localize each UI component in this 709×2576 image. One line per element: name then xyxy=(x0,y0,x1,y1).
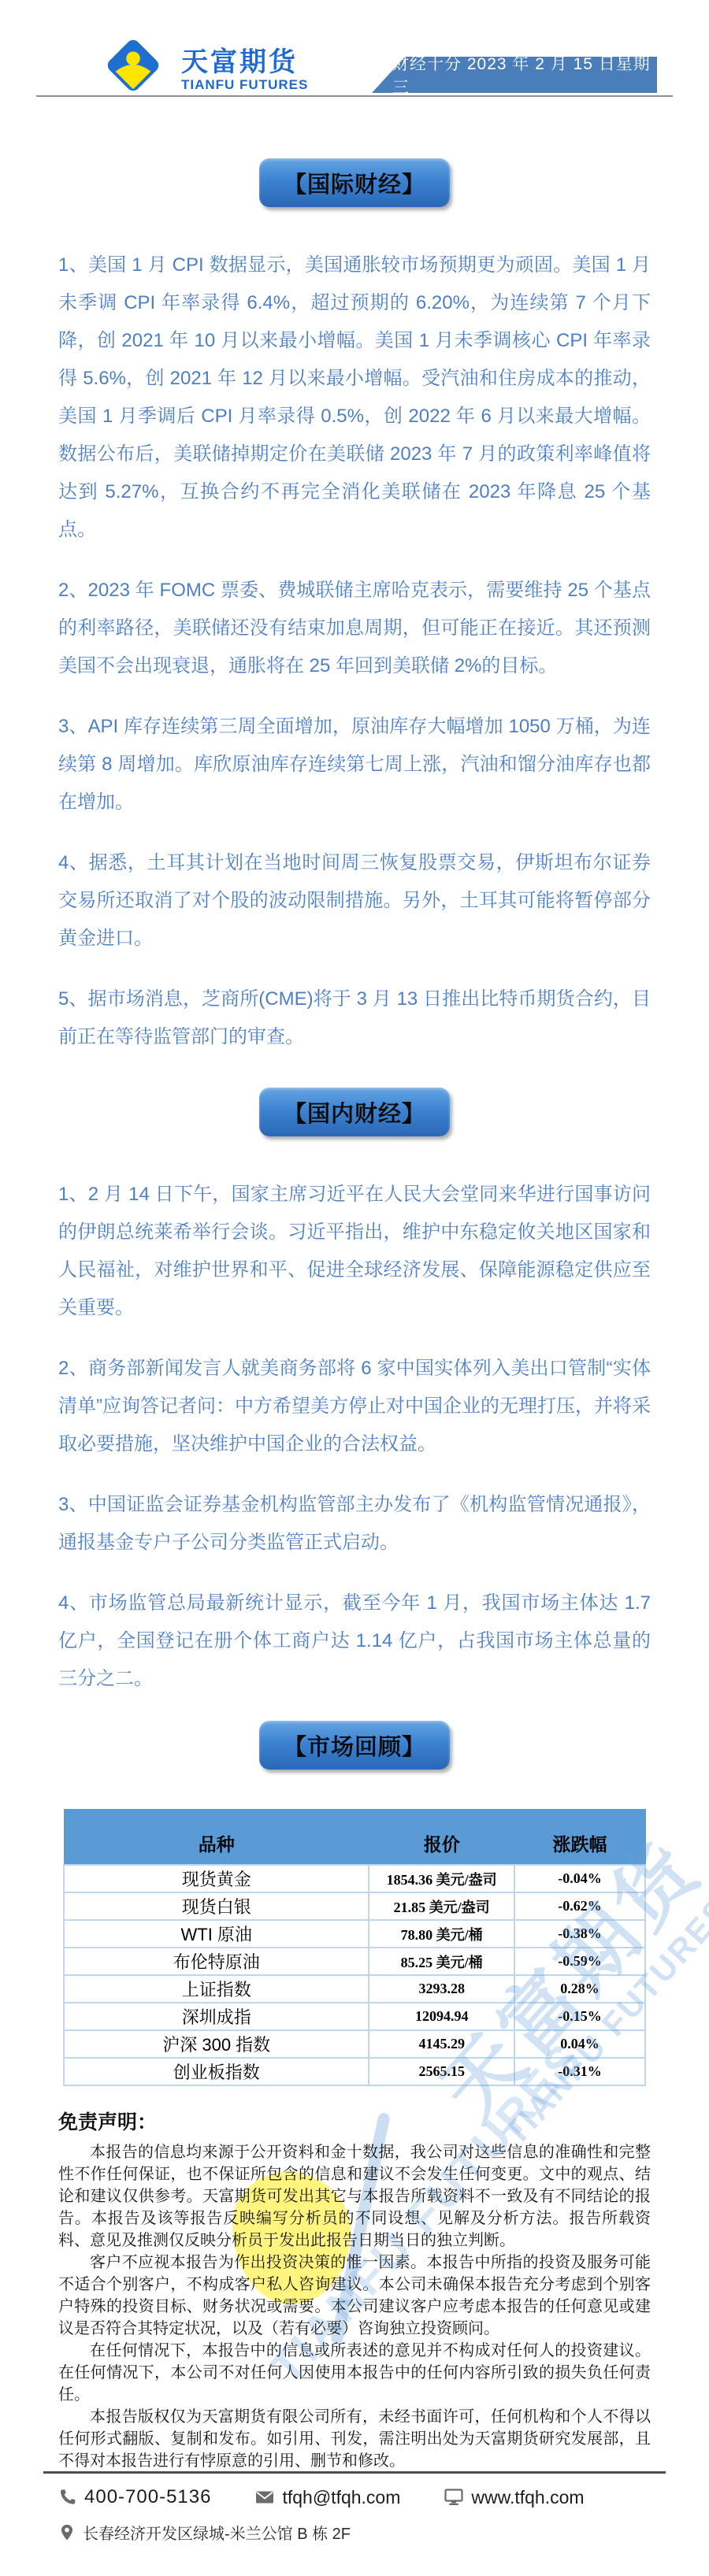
disclaimer-paragraphs: 本报告的信息均来源于公开资料和金十数据，我公司对这些信息的准确性和完整性不作任何… xyxy=(58,2141,651,2472)
phone-item: 400-700-5136 xyxy=(59,2486,211,2508)
market-table-row: 创业板指数 2565.15 -0.31% xyxy=(64,2058,645,2085)
market-table-header-cell: 涨跌幅 xyxy=(514,1810,645,1866)
disclaimer-paragraph: 本报告的信息均来源于公开资料和金十数据，我公司对这些信息的准确性和完整性不作任何… xyxy=(58,2141,651,2252)
cell-change: 0.28% xyxy=(514,1975,645,2003)
logo-name-en: TIANFU FUTURES xyxy=(181,77,308,93)
section-header-domestic: 【国内财经】 xyxy=(259,1088,450,1136)
cell-quote: 12094.94 xyxy=(369,2003,514,2030)
market-table-body: 现货黄金 1854.36 美元/盎司 -0.04% 现货白银 21.85 美元/… xyxy=(64,1865,645,2085)
market-table: 品种报价涨跌幅 现货黄金 1854.36 美元/盎司 -0.04% 现货白银 2… xyxy=(63,1809,646,2086)
email-address: tfqh@tfqh.com xyxy=(282,2487,400,2508)
monitor-icon xyxy=(444,2489,463,2506)
news-paragraph: 1、2 月 14 日下午，国家主席习近平在人民大会堂同来华进行国事访问的伊朗总统… xyxy=(58,1176,651,1327)
market-table-row: 上证指数 3293.28 0.28% xyxy=(64,1975,645,2003)
location-pin-icon xyxy=(59,2523,75,2542)
header: 天富期货 TIANFU FUTURES 财经十分 2023 年 2 月 15 日… xyxy=(0,0,709,95)
cell-variety: 深圳成指 xyxy=(64,2003,369,2030)
cell-variety: 沪深 300 指数 xyxy=(64,2030,369,2058)
phone-icon xyxy=(59,2489,76,2506)
website-item: www.tfqh.com xyxy=(444,2487,584,2508)
market-table-row: WTI 原油 78.80 美元/桶 -0.38% xyxy=(64,1920,645,1948)
disclaimer-paragraph: 客户不应视本报告为作出投资决策的惟一因素。本报告中所指的投资及服务可能不适合个别… xyxy=(58,2252,651,2340)
market-table-header-cell: 报价 xyxy=(369,1810,514,1866)
news-paragraph: 4、据悉，土耳其计划在当地时间周三恢复股票交易，伊斯坦布尔证券交易所还取消了对个… xyxy=(58,844,651,958)
news-paragraph: 1、美国 1 月 CPI 数据显示，美国通胀较市场预期更为顽固。美国 1 月未季… xyxy=(58,246,651,549)
news-paragraph: 2、商务部新闻发言人就美商务部将 6 家中国实体列入美出口管制“实体清单”应询答… xyxy=(58,1350,651,1463)
news-paragraph: 3、API 库存连续第三周全面增加，原油库存大幅增加 1050 万桶，为连续第 … xyxy=(58,708,651,821)
disclaimer: 免责声明： 本报告的信息均来源于公开资料和金十数据，我公司对这些信息的准确性和完… xyxy=(58,2107,651,2472)
cell-variety: 创业板指数 xyxy=(64,2058,369,2085)
cell-quote: 21.85 美元/盎司 xyxy=(369,1892,514,1920)
footer-contact-row: 400-700-5136 tfqh@tfqh.com xyxy=(59,2486,709,2508)
phone-number: 400-700-5136 xyxy=(84,2486,211,2508)
footer-divider xyxy=(43,2471,666,2474)
news-paragraph: 5、据市场消息，芝商所(CME)将于 3 月 13 日推出比特币期货合约，目前正… xyxy=(58,980,651,1056)
news-paragraph: 3、中国证监会证券基金机构监管部主办发布了《机构监管情况通报》，通报基金专户子公… xyxy=(58,1486,651,1562)
cell-quote: 4145.29 xyxy=(369,2030,514,2058)
market-table-row: 现货白银 21.85 美元/盎司 -0.62% xyxy=(64,1892,645,1920)
cell-variety: 现货黄金 xyxy=(64,1865,369,1892)
logo-text: 天富期货 TIANFU FUTURES xyxy=(181,35,308,93)
market-table-header-row: 品种报价涨跌幅 xyxy=(64,1810,645,1866)
news-paragraph: 4、市场监管总局最新统计显示，截至今年 1 月，我国市场主体达 1.7 亿户，全… xyxy=(58,1585,651,1698)
disclaimer-paragraph: 在任何情况下，本报告中的信息或所表述的意见并不构成对任何人的投资建议。在任何情况… xyxy=(58,2340,651,2406)
market-table-header-cell: 品种 xyxy=(64,1810,369,1866)
market-table-row: 布伦特原油 85.25 美元/桶 -0.59% xyxy=(64,1948,645,1975)
cell-change: -0.04% xyxy=(514,1865,645,1892)
section-header-international: 【国际财经】 xyxy=(259,158,450,207)
footer-address-row: 长春经济开发区绿城-米兰公馆 B 栋 2F xyxy=(59,2521,709,2544)
tianfu-diamond-logo-icon xyxy=(102,35,164,96)
cell-change: -0.38% xyxy=(514,1920,645,1948)
cell-change: -0.59% xyxy=(514,1948,645,1975)
cell-change: -0.62% xyxy=(514,1892,645,1920)
cell-quote: 78.80 美元/桶 xyxy=(369,1920,514,1948)
cell-quote: 85.25 美元/桶 xyxy=(369,1948,514,1975)
email-item: tfqh@tfqh.com xyxy=(255,2487,400,2508)
disclaimer-title: 免责声明： xyxy=(58,2107,651,2135)
section-header-market-review: 【市场回顾】 xyxy=(259,1721,450,1770)
cell-change: 0.04% xyxy=(514,2030,645,2058)
cell-quote: 3293.28 xyxy=(369,1975,514,2003)
website-url: www.tfqh.com xyxy=(471,2487,584,2508)
cell-variety: 上证指数 xyxy=(64,1975,369,2003)
market-table-row: 现货黄金 1854.36 美元/盎司 -0.04% xyxy=(64,1865,645,1892)
logo-name-cn: 天富期货 xyxy=(181,49,308,76)
date-banner: 财经十分 2023 年 2 月 15 日星期三 xyxy=(372,57,657,93)
domestic-news-list: 1、2 月 14 日下午，国家主席习近平在人民大会堂同来华进行国事访问的伊朗总统… xyxy=(58,1176,651,1698)
company-address: 长春经济开发区绿城-米兰公馆 B 栋 2F xyxy=(83,2521,351,2544)
market-table-row: 沪深 300 指数 4145.29 0.04% xyxy=(64,2030,645,2058)
news-paragraph: 2、2023 年 FOMC 票委、费城联储主席哈克表示，需要维持 25 个基点的… xyxy=(58,572,651,685)
footer: 400-700-5136 tfqh@tfqh.com xyxy=(0,2471,709,2576)
newsletter-page: 天富期货 TIANFU FUTURES 财经十分 2023 年 2 月 15 日… xyxy=(0,0,709,2576)
cell-variety: 现货白银 xyxy=(64,1892,369,1920)
cell-variety: 布伦特原油 xyxy=(64,1948,369,1975)
cell-change: -0.15% xyxy=(514,2003,645,2030)
market-table-row: 深圳成指 12094.94 -0.15% xyxy=(64,2003,645,2030)
cell-quote: 2565.15 xyxy=(369,2058,514,2085)
envelope-icon xyxy=(255,2489,274,2505)
cell-change: -0.31% xyxy=(514,2058,645,2085)
international-news-list: 1、美国 1 月 CPI 数据显示，美国通胀较市场预期更为顽固。美国 1 月未季… xyxy=(58,246,651,1056)
cell-variety: WTI 原油 xyxy=(64,1920,369,1948)
cell-quote: 1854.36 美元/盎司 xyxy=(369,1865,514,1892)
logo: 天富期货 TIANFU FUTURES xyxy=(102,35,308,96)
disclaimer-paragraph: 本报告版权仅为天富期货有限公司所有，未经书面许可，任何机构和个人不得以任何形式翻… xyxy=(58,2406,651,2472)
